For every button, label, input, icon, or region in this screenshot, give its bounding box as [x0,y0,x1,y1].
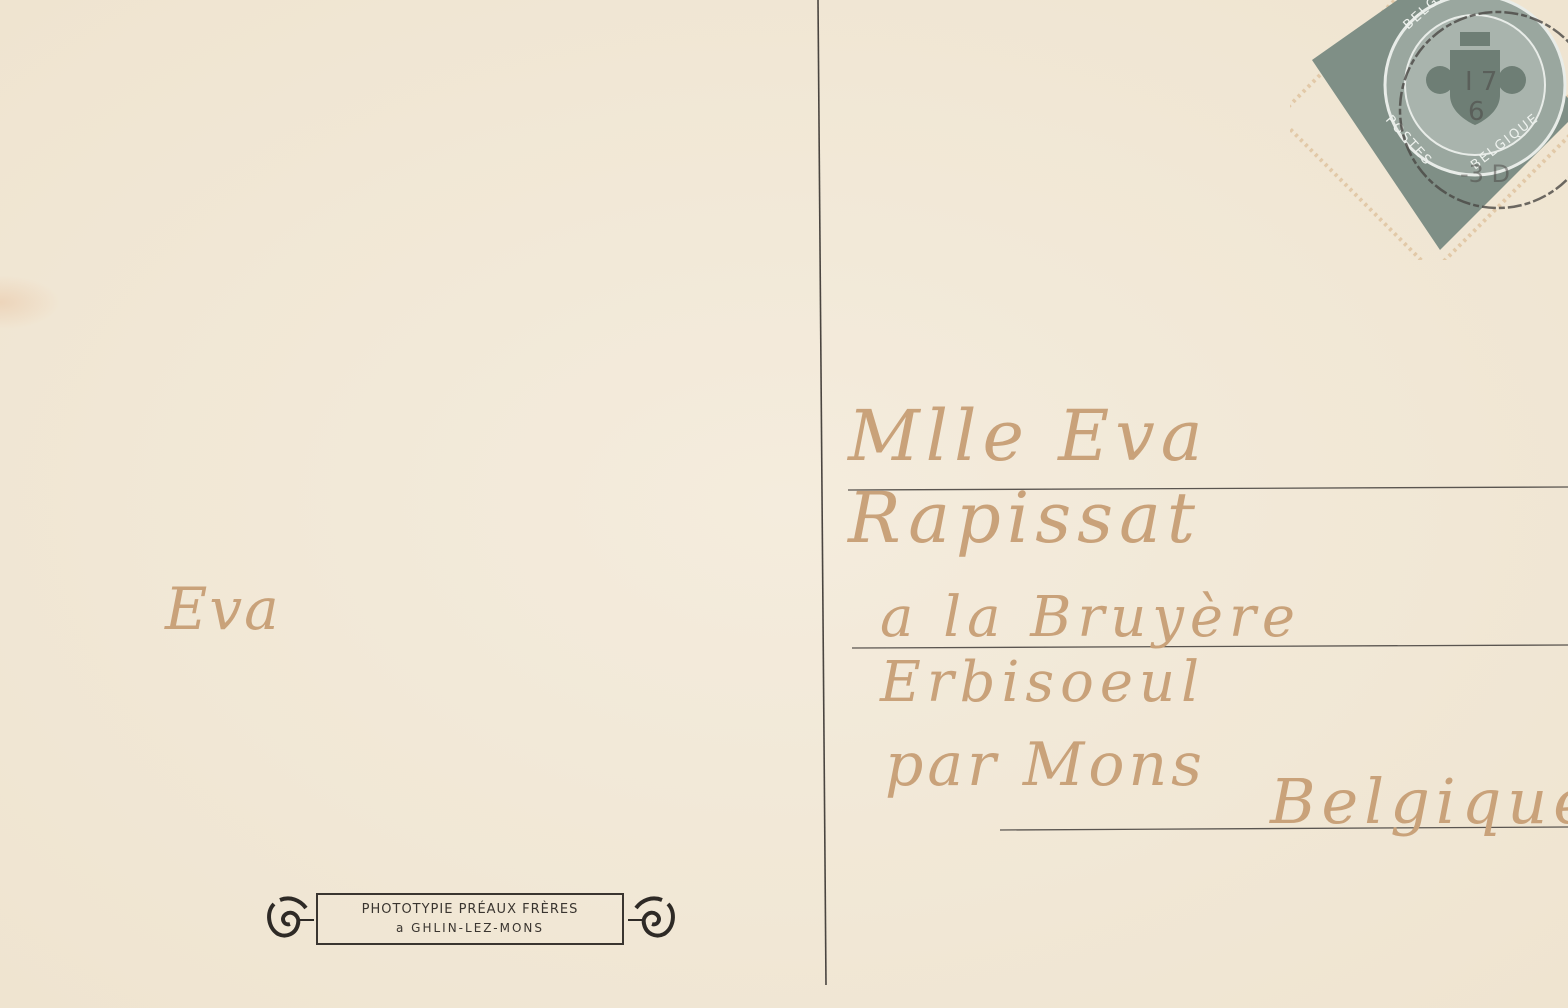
address-line-2-text: a la Bruyère Erbisoeul [880,585,1568,715]
imprint-line-1: PHOTOTYPIE PRÉAUX FRÈRES [318,902,622,917]
center-divider [818,0,826,985]
ornament-right-icon [628,894,676,944]
address-line-3-left-text: par Mons [885,730,1206,800]
address-line-3-right-text: Belgique [1270,765,1568,838]
publisher-imprint: PHOTOTYPIE PRÉAUX FRÈRES a GHLIN-LEZ-MON… [266,890,678,950]
postage-stamp: BELGIQUE POSTES BELGIQUE I 7 6 -3 D [1290,0,1568,260]
svg-text:6: 6 [1468,97,1485,127]
ornament-left-icon [266,894,314,944]
signature: Eva [165,575,281,643]
postcard: Eva Mlle Eva Rapissat a la Bruyère Erbis… [0,0,1568,1008]
imprint-line-2: a GHLIN-LEZ-MONS [318,921,622,935]
imprint-frame: PHOTOTYPIE PRÉAUX FRÈRES a GHLIN-LEZ-MON… [316,893,624,945]
svg-text:I 7: I 7 [1465,67,1497,97]
address-line-1-text: Mlle Eva Rapissat [848,395,1568,559]
svg-text:-3 D: -3 D [1460,160,1510,188]
